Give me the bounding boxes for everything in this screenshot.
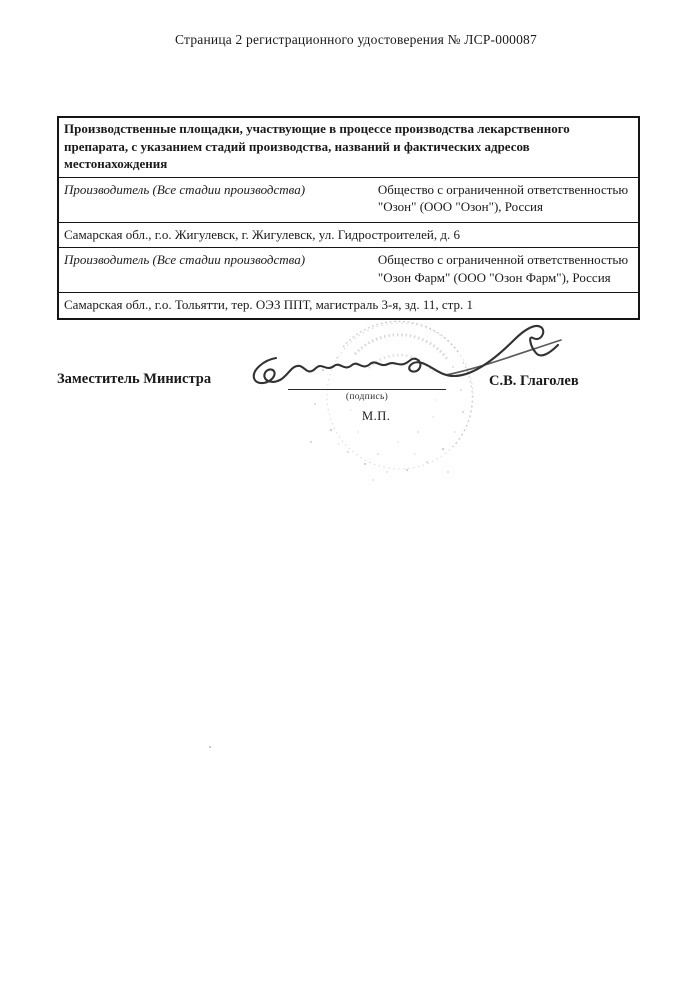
production-sites-table: Производственные площадки, участвующие в… xyxy=(57,116,640,320)
table-row: Самарская обл., г.о. Жигулевск, г. Жигул… xyxy=(59,222,638,248)
signer-position-title: Заместитель Министра xyxy=(57,371,211,388)
document-page: Страница 2 регистрационного удостоверени… xyxy=(0,0,676,1006)
signer-name: С.В. Глаголев xyxy=(489,373,579,390)
manufacturer-name: Общество с ограниченной ответственностью… xyxy=(376,248,638,292)
table-row: Самарская обл., г.о. Тольятти, тер. ОЭЗ … xyxy=(59,292,638,318)
page-title: Страница 2 регистрационного удостоверени… xyxy=(18,32,676,48)
manufacturer-name: Общество с ограниченной ответственностью… xyxy=(376,178,638,222)
manufacturer-role-label: Производитель (Все стадии производства) xyxy=(59,178,376,222)
manufacturer-address: Самарская обл., г.о. Жигулевск, г. Жигул… xyxy=(64,227,460,242)
manufacturer-address: Самарская обл., г.о. Тольятти, тер. ОЭЗ … xyxy=(64,297,473,312)
paper-speck xyxy=(209,746,211,748)
table-row: Производитель (Все стадии производства) … xyxy=(59,247,638,292)
stamp-arc-top xyxy=(343,321,458,352)
seal-place-mark: М.П. xyxy=(362,409,390,424)
stamp-arc-right xyxy=(453,362,472,447)
handwritten-signature xyxy=(250,318,565,403)
table-header: Производственные площадки, участвующие в… xyxy=(59,118,638,177)
stamp-arc-text-inner xyxy=(369,355,433,372)
manufacturer-role-label: Производитель (Все стадии производства) xyxy=(59,248,376,292)
table-row: Производитель (Все стадии производства) … xyxy=(59,177,638,222)
stamp-arc-text xyxy=(355,335,448,360)
signature-caption: (подпись) xyxy=(288,392,446,402)
signature-line xyxy=(288,389,446,390)
